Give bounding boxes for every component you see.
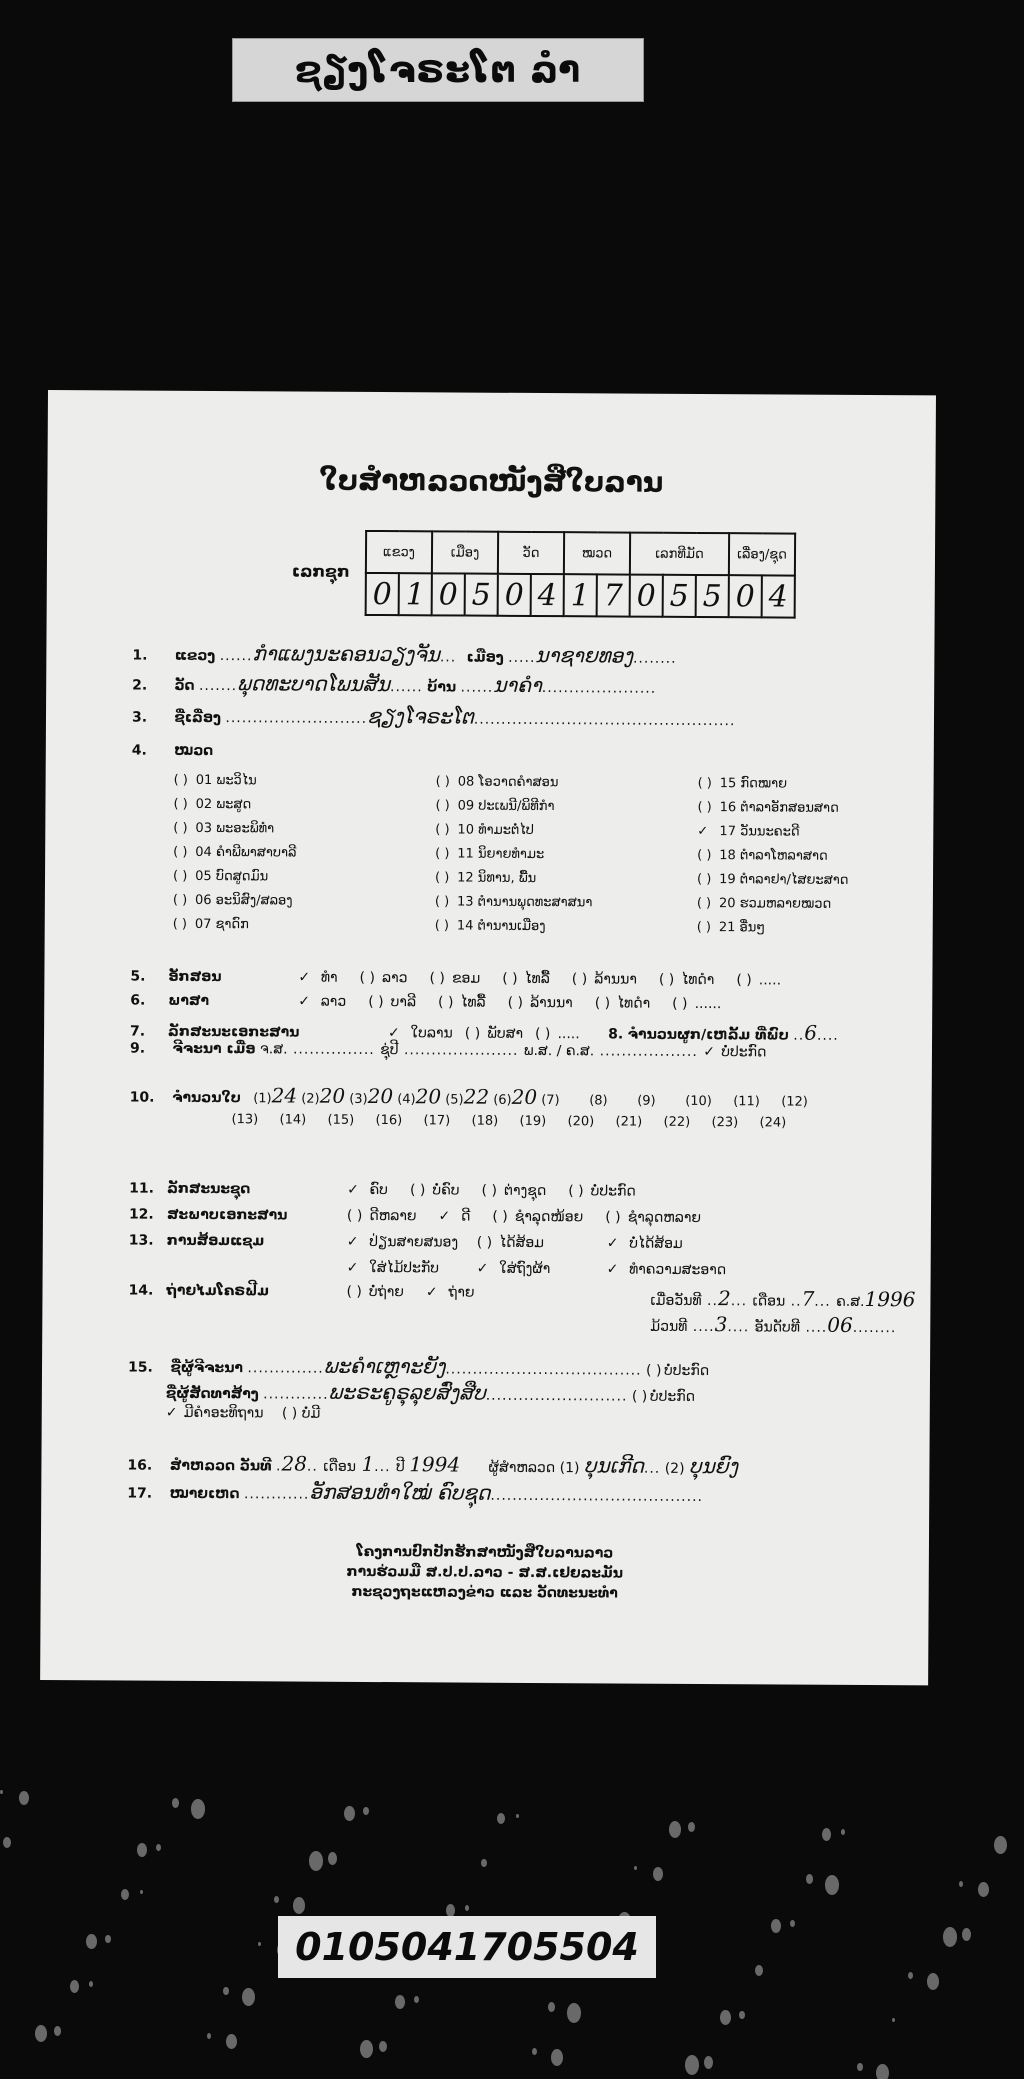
q10-row-2: (13)(14)(15)(16)(17)(18)(19)(20)(21)(22)… xyxy=(232,1111,808,1131)
checkbox[interactable]: ( ) xyxy=(438,994,456,1010)
option[interactable]: ( ) ດີຫລາຍ xyxy=(347,1208,417,1224)
checkbox[interactable]: ( ) xyxy=(174,773,192,788)
page-count-cell: (4)20 xyxy=(397,1084,445,1108)
film-speck xyxy=(551,2049,563,2066)
page-count-cell: (15) xyxy=(327,1113,375,1128)
film-speck xyxy=(3,1837,11,1848)
film-speck xyxy=(739,2011,745,2019)
option[interactable]: ✓ ປ່ຽນສາຍສນອງ xyxy=(347,1234,477,1251)
checkbox[interactable]: ( ) xyxy=(435,846,453,861)
checkbox[interactable]: ( ) xyxy=(477,1235,495,1251)
option-label: ລາວ xyxy=(378,970,408,986)
film-speck xyxy=(959,1881,963,1887)
option[interactable]: ( ) ຕ່າງຊຸດ xyxy=(482,1183,547,1199)
page-index: (22) xyxy=(663,1115,690,1130)
category-list: ( ) 01 ພະວິໄນ( ) 02 ພະສູດ( ) 03 ພະອະພິທຳ… xyxy=(48,390,936,395)
option[interactable]: ( ) ..... xyxy=(736,972,781,988)
checkmark-icon[interactable]: ✓ xyxy=(607,1261,625,1277)
category-label: 13 ຕຳນານພຸດທະສາສນາ xyxy=(453,894,593,910)
film-speck xyxy=(35,2025,47,2042)
option[interactable]: ✓ ໃບລານ xyxy=(388,1025,453,1041)
question-number: 5. xyxy=(130,969,168,985)
category-option[interactable]: ( ) 09 ປະເພນີ/ພິທີກຳ xyxy=(435,798,554,814)
checkbox[interactable]: ( ) xyxy=(572,971,590,987)
film-speck xyxy=(363,1807,369,1815)
film-speck xyxy=(360,2040,373,2058)
q6-row: 6.ພາສາ✓ ລາວ( ) ບາລີ( ) ໄທລື້( ) ລ້ານນາ( … xyxy=(130,993,743,1013)
category-label: 04 ຄຳພີພາສາບາລີ xyxy=(191,845,296,861)
code-digit: 4 xyxy=(762,575,795,617)
checkbox[interactable]: ( ) xyxy=(435,894,453,909)
page-count-cell: (5)22 xyxy=(445,1084,493,1108)
page-index: (17) xyxy=(423,1113,450,1128)
code-digit: 0 xyxy=(366,573,399,615)
film-speck xyxy=(86,1934,97,1949)
page-count-cell: (7) xyxy=(541,1093,589,1108)
film-speck xyxy=(328,1852,337,1865)
checkbox[interactable]: ( ) xyxy=(632,1389,650,1405)
category-label: 05 ບົດສູດມົນ xyxy=(191,869,268,884)
page-index: (3) xyxy=(349,1092,368,1107)
option[interactable]: ( ) ໄທລື້ xyxy=(502,971,550,987)
film-speck xyxy=(892,2018,895,2022)
q17-row: 17. ໝາຍເຫດ ............ອັກສອນທຳໃໝ່ ຄົບຊຸ… xyxy=(127,1479,703,1507)
code-header: ເລື່ອງ/ຊຸດ xyxy=(729,533,795,575)
option-label: ປ່ຽນສາຍສນອງ xyxy=(365,1234,459,1251)
film-speck xyxy=(825,1875,839,1895)
option-label: ໄທດຳ xyxy=(613,995,651,1011)
page-count-cell: (11) xyxy=(733,1094,781,1109)
checkbox[interactable]: ( ) xyxy=(646,1363,664,1379)
film-speck xyxy=(207,2033,211,2039)
q12-row: 12.ສະພາບເອກະສານ( ) ດີຫລາຍ✓ ດີ( ) ຊຳລຸດໜ້… xyxy=(129,1207,723,1227)
option-label: ຕ່າງຊຸດ xyxy=(500,1183,547,1199)
film-speck xyxy=(567,2003,581,2023)
option[interactable]: ✓ ທຳຄວາມສະອາດ xyxy=(607,1261,767,1278)
checkmark-icon[interactable]: ✓ xyxy=(298,994,316,1010)
category-label: 16 ຕຳລາອັກສອນສາດ xyxy=(715,800,838,816)
checkbox[interactable]: ( ) xyxy=(173,893,191,908)
film-speck xyxy=(379,2041,387,2052)
option[interactable]: ( ) ລ້ານນາ xyxy=(572,971,637,987)
page-index: (9) xyxy=(637,1094,656,1109)
page-index: (14) xyxy=(279,1112,306,1127)
option-label: ຊຳລຸດໜ້ອຍ xyxy=(510,1209,583,1225)
page-index: (1) xyxy=(253,1091,272,1106)
category-label: 08 ໂອວາດຄຳສອນ xyxy=(454,774,559,790)
question-label: ລັກສະນະເອກະສານ xyxy=(168,1024,388,1041)
option[interactable]: ( ) ຂອມ xyxy=(429,970,480,986)
category-label: 01 ພະວິໄນ xyxy=(192,773,257,788)
page-count-cell: (22) xyxy=(663,1115,711,1130)
category-label: 18 ຕຳລາໂຫລາສາດ xyxy=(715,848,828,864)
category-label: 19 ຕຳລາຢາ/ໄສຍະສາດ xyxy=(715,872,849,888)
page-index: (13) xyxy=(232,1112,259,1127)
category-option[interactable]: ( ) 04 ຄຳພີພາສາບາລີ xyxy=(173,845,296,861)
option[interactable]: ( ) ບໍ່ປະກົດ xyxy=(568,1183,636,1199)
code-digit: 5 xyxy=(663,575,696,617)
category-label: 14 ຕຳນານເມືອງ xyxy=(453,918,546,934)
film-speck xyxy=(105,1935,111,1943)
question-label: ການສ້ອມແຊມ xyxy=(167,1233,347,1250)
film-speck xyxy=(962,1928,971,1941)
category-label: 10 ທຳມະຕໍ່ໄປ xyxy=(453,822,534,837)
option[interactable]: ✓ ໃສ່ຖົງຜ້າ xyxy=(477,1261,607,1278)
checkmark-icon[interactable]: ✓ xyxy=(347,1234,365,1250)
checkbox[interactable]: ( ) xyxy=(508,995,526,1011)
page-count-cell: (18) xyxy=(471,1114,519,1129)
q10-row: 10. ຈຳນວນໃບ (1)24(2)20(3)20(4)20(5)22(6)… xyxy=(130,1083,830,1111)
film-speck xyxy=(908,1972,913,1979)
q13-row-2: ✓ ໃສ່ໄມ້ປະກັບ✓ ໃສ່ຖົງຜ້າ✓ ທຳຄວາມສະອາດ xyxy=(129,1259,767,1279)
film-speck xyxy=(223,1987,229,1995)
checkbox[interactable]: ( ) xyxy=(410,1182,428,1198)
film-speck xyxy=(89,1981,93,1987)
category-option[interactable]: ( ) 12 ນິທານ, ພື້ນ xyxy=(435,870,536,886)
film-speck xyxy=(258,1942,261,1946)
page-index: (21) xyxy=(615,1114,642,1129)
code-digit: 0 xyxy=(498,574,531,616)
film-speck xyxy=(876,2064,889,2079)
checkbox[interactable]: ( ) xyxy=(173,797,191,812)
category-option[interactable]: ( ) 15 ກົດໝາຍ xyxy=(698,776,788,792)
option[interactable]: ( ) ຊຳລຸດໜ້ອຍ xyxy=(492,1209,583,1226)
option-label: ທຳ xyxy=(316,970,337,986)
page-count-cell: (6)20 xyxy=(493,1085,541,1109)
option-label: ດີ xyxy=(456,1209,470,1225)
film-speck xyxy=(191,1799,205,1819)
checkmark-icon[interactable]: ✓ xyxy=(477,1261,495,1277)
code-header: ແຂວງ xyxy=(366,531,432,573)
option[interactable]: ✓ ຖ່າຍ xyxy=(426,1284,475,1300)
film-speck xyxy=(54,2026,61,2036)
film-speck xyxy=(755,1965,763,1976)
q2-row: 2. ວັດ .......ພຸດທະບາດໂພນສັນ...... ບ້ານ … xyxy=(132,671,656,698)
page-count-value: 24 xyxy=(272,1083,298,1107)
checkbox[interactable]: ( ) xyxy=(502,971,520,987)
film-speck xyxy=(140,1890,143,1894)
option[interactable]: ✓ ໃສ່ໄມ້ປະກັບ xyxy=(347,1260,477,1277)
checkbox[interactable]: ( ) xyxy=(435,798,453,813)
district-value: ນາຊາຍທອງ xyxy=(535,643,633,668)
page-count-cell: (16) xyxy=(375,1113,423,1128)
category-label: 07 ຊາດົກ xyxy=(191,917,249,932)
question-number: 13. xyxy=(129,1233,167,1249)
checkmark-icon[interactable]: ✓ xyxy=(697,824,715,839)
option-label: ດີຫລາຍ xyxy=(365,1208,417,1224)
page-index: (23) xyxy=(711,1115,738,1130)
film-title-label: ຊຽງໂຈຣະໂຕ ລຳ xyxy=(232,38,644,102)
page-count-cell: (13) xyxy=(232,1112,280,1127)
option-label: ໄທລື້ xyxy=(520,971,550,987)
checkbox[interactable]: ( ) xyxy=(697,800,715,815)
checkbox[interactable]: ( ) xyxy=(659,972,677,988)
checkbox[interactable]: ( ) xyxy=(697,848,715,863)
q15-sponsor-row: ຊື່ຜູ້ສັດທາສ້າງ ............ພະຣະຄູຣຸລຸຍສ… xyxy=(166,1379,695,1406)
code-header: ໝວດ xyxy=(564,532,630,574)
category-option[interactable]: ( ) 13 ຕຳນານພຸດທະສາສນາ xyxy=(435,894,593,910)
category-label: 03 ພະອະພິທຳ xyxy=(191,821,274,837)
code-header: ເມືອງ xyxy=(432,531,498,573)
category-option[interactable]: ( ) 03 ພະອະພິທຳ xyxy=(173,821,274,837)
checkmark-icon[interactable]: ✓ xyxy=(388,1025,406,1041)
checkbox[interactable]: ( ) xyxy=(697,920,715,935)
checkbox[interactable]: ( ) xyxy=(595,995,613,1011)
film-speck xyxy=(634,1866,637,1870)
page-count-cell: (9) xyxy=(637,1094,685,1109)
category-label: 12 ນິທານ, ພື້ນ xyxy=(453,870,536,886)
page-index: (18) xyxy=(471,1114,498,1129)
checkbox[interactable]: ( ) xyxy=(672,996,690,1012)
option-label: ພັບສາ xyxy=(483,1026,523,1042)
film-speck xyxy=(446,1904,455,1917)
checkbox[interactable]: ( ) xyxy=(173,821,191,836)
option-label: ບໍ່ໄດ້ສ້ອມ xyxy=(625,1236,683,1252)
checkbox[interactable]: ( ) xyxy=(360,970,378,986)
option[interactable]: ( ) ໄທດຳ xyxy=(659,972,715,988)
category-option[interactable]: ( ) 14 ຕຳນານເມືອງ xyxy=(435,918,546,934)
checkbox[interactable]: ( ) xyxy=(429,970,447,986)
province-value: ກຳແພງນະຄອນວຽງຈັນ xyxy=(252,641,440,666)
category-label: 20 ຮວມຫລາຍໝວດ xyxy=(715,896,831,912)
page-index: (16) xyxy=(375,1113,402,1128)
checkbox[interactable]: ( ) xyxy=(435,870,453,885)
film-speck xyxy=(395,1995,405,2009)
checkbox[interactable]: ( ) xyxy=(605,1209,623,1225)
checkmark-icon[interactable]: ✓ xyxy=(347,1260,365,1276)
checkbox[interactable]: ( ) xyxy=(282,1405,297,1421)
option[interactable]: ( ) ..... xyxy=(535,1026,580,1042)
page-index: (2) xyxy=(301,1092,320,1107)
category-label: 02 ພະສູດ xyxy=(191,797,251,812)
category-option[interactable]: ( ) 11 ນິຍາຍທຳມະ xyxy=(435,846,544,862)
film-speck xyxy=(822,1828,831,1841)
film-speck xyxy=(497,1813,505,1824)
film-speck xyxy=(857,2063,863,2071)
checkbox[interactable]: ( ) xyxy=(736,972,754,988)
checkmark-icon[interactable]: ✓ xyxy=(607,1235,625,1251)
option-label: ລາວ xyxy=(316,994,346,1010)
form-title: ໃບສຳຫລວດໜັງສືໃບລານ xyxy=(47,462,935,500)
film-speck xyxy=(532,2048,537,2055)
option[interactable]: ( ) ລ້ານນາ xyxy=(508,995,573,1011)
checkmark-icon[interactable]: ✓ xyxy=(426,1284,444,1300)
remarks-value: ອັກສອນທຳໃໝ່ ຄົບຊຸດ xyxy=(309,1480,490,1505)
film-speck xyxy=(516,1814,519,1818)
question-number: 14. xyxy=(128,1283,166,1299)
option[interactable]: ( ) ໄທລື້ xyxy=(438,994,486,1010)
microfilm-date: ເມື່ອວັນທີ ..2... ເດືອນ ..7... ຄ.ສ.1996 xyxy=(650,1286,915,1312)
code-label: ເລກຊຸກ xyxy=(292,561,350,580)
page-count-cell: (20) xyxy=(567,1114,615,1129)
checkbox[interactable]: ( ) xyxy=(347,1208,365,1224)
page-count-value: 22 xyxy=(464,1085,490,1109)
question-label: ຖ່າຍໄມໂຄຣຟີມ xyxy=(166,1283,346,1300)
checkbox[interactable]: ( ) xyxy=(697,872,715,887)
option-label: ບໍ່ຄົບ xyxy=(428,1182,460,1198)
option-label: ໃສ່ຖົງຜ້າ xyxy=(495,1261,551,1277)
checkmark-icon[interactable]: ✓ xyxy=(347,1182,365,1198)
page-count-cell: (14) xyxy=(279,1112,327,1127)
checkmark-icon[interactable]: ✓ xyxy=(166,1405,184,1421)
category-option[interactable]: ( ) 01 ພະວິໄນ xyxy=(174,773,257,789)
option[interactable]: ( ) ໄດ້ສ້ອມ xyxy=(477,1235,607,1252)
checkmark-icon[interactable]: ✓ xyxy=(438,1208,456,1224)
question-label: ລັກສະນະຊຸດ xyxy=(167,1181,347,1198)
category-option[interactable]: ( ) 05 ບົດສູດມົນ xyxy=(173,869,268,885)
category-label: 11 ນິຍາຍທຳມະ xyxy=(453,846,544,862)
code-digit: 4 xyxy=(531,574,564,616)
film-speck xyxy=(293,1897,305,1914)
question-label: ສະພາບເອກະສານ xyxy=(167,1207,347,1224)
checkbox[interactable]: ( ) xyxy=(492,1209,510,1225)
checkbox[interactable]: ( ) xyxy=(435,918,453,933)
spacer xyxy=(129,1271,347,1272)
option-label: ໄທລື້ xyxy=(456,995,486,1011)
page-index: (8) xyxy=(589,1093,608,1108)
page-index: (11) xyxy=(733,1094,760,1109)
option-label: ລ້ານນາ xyxy=(590,971,637,987)
checkbox[interactable]: ( ) xyxy=(173,869,191,884)
page-count-cell: (10) xyxy=(685,1094,733,1109)
film-speck xyxy=(994,1836,1007,1854)
checkmark-icon[interactable]: ✓ xyxy=(298,970,316,986)
option-label: ຄົບ xyxy=(365,1182,388,1198)
category-option[interactable]: ( ) 10 ທຳມະຕໍ່ໄປ xyxy=(435,822,534,838)
checkbox[interactable]: ( ) xyxy=(173,917,191,932)
category-option[interactable]: ( ) 20 ຮວມຫລາຍໝວດ xyxy=(697,896,831,912)
page-count-cell: (3)20 xyxy=(349,1084,397,1108)
film-speck xyxy=(70,1980,79,1993)
scribe-value: ພະຄຳເຫຼາະຍັງ xyxy=(324,1354,446,1379)
code-digit: 0 xyxy=(432,573,465,615)
code-header: ເລກທີມັດ xyxy=(630,533,729,576)
option[interactable]: ( ) ບາລີ xyxy=(368,994,416,1010)
question-label: ອັກສອນ xyxy=(168,969,298,986)
option-label: ...... xyxy=(690,996,721,1012)
page-index: (20) xyxy=(567,1114,594,1129)
option[interactable]: ( ) ພັບສາ xyxy=(465,1026,523,1042)
checkbox[interactable]: ( ) xyxy=(436,774,454,789)
page-count-cell: (21) xyxy=(615,1114,663,1129)
category-option[interactable]: ( ) 02 ພະສູດ xyxy=(173,797,251,812)
option[interactable]: ✓ ບໍ່ໄດ້ສ້ອມ xyxy=(607,1235,767,1252)
code-digit: 1 xyxy=(564,574,597,616)
film-speck xyxy=(685,2055,699,2075)
film-speck xyxy=(806,1874,813,1884)
page-index: (10) xyxy=(685,1094,712,1109)
page-index: (4) xyxy=(397,1092,416,1107)
q13-row: 13.ການສ້ອມແຊມ✓ ປ່ຽນສາຍສນອງ( ) ໄດ້ສ້ອມ✓ ບ… xyxy=(129,1233,767,1253)
category-option[interactable]: ( ) 21 ອື່ນໆ xyxy=(697,920,765,935)
category-option[interactable]: ( ) 06 ອະນິສົງ/ສລອງ xyxy=(173,893,293,909)
film-id-label: 0105041705504 xyxy=(278,1916,656,1978)
page-index: (5) xyxy=(445,1092,464,1107)
code-digit: 0 xyxy=(630,575,663,617)
option[interactable]: ✓ ດີ xyxy=(438,1208,470,1224)
page-count-cell: (12) xyxy=(781,1094,829,1109)
page-count-cell: (1)24 xyxy=(253,1083,301,1107)
page-count-cell: (24) xyxy=(759,1115,807,1130)
film-speck xyxy=(704,2056,713,2069)
option-label: ຊຳລຸດຫລາຍ xyxy=(623,1210,701,1226)
film-speck xyxy=(943,1927,957,1947)
page-index: (12) xyxy=(781,1094,808,1109)
checkbox[interactable]: ( ) xyxy=(535,1026,553,1042)
category-label: 15 ກົດໝາຍ xyxy=(716,776,788,791)
page-count-cell: (2)20 xyxy=(301,1084,349,1108)
page-count-value: 20 xyxy=(320,1084,346,1108)
category-option[interactable]: ( ) 16 ຕຳລາອັກສອນສາດ xyxy=(697,800,838,816)
checkbox[interactable]: ( ) xyxy=(435,822,453,837)
page-index: (7) xyxy=(541,1093,560,1108)
option[interactable]: ( ) ບໍ່ຄົບ xyxy=(410,1182,460,1198)
option[interactable]: ✓ ລາວ xyxy=(298,994,346,1010)
checkbox[interactable]: ( ) xyxy=(697,896,715,911)
option[interactable]: ✓ ຄົບ xyxy=(347,1182,388,1198)
checkbox[interactable]: ( ) xyxy=(568,1183,586,1199)
checkbox[interactable]: ( ) xyxy=(698,776,716,791)
film-speck xyxy=(414,1996,419,2003)
checkmark-icon[interactable]: ✓ xyxy=(703,1044,721,1060)
film-speck xyxy=(344,1806,355,1821)
film-speck xyxy=(19,1791,29,1805)
option[interactable]: ( ) ລາວ xyxy=(360,970,408,986)
checkbox[interactable]: ( ) xyxy=(482,1183,500,1199)
film-speck xyxy=(156,1844,161,1851)
category-option[interactable]: ( ) 18 ຕຳລາໂຫລາສາດ xyxy=(697,848,828,864)
option[interactable]: ( ) ບໍ່ຖ່າຍ xyxy=(346,1284,404,1300)
checkbox[interactable]: ( ) xyxy=(368,994,386,1010)
checkbox[interactable]: ( ) xyxy=(173,845,191,860)
option-label: ບາລີ xyxy=(386,994,416,1010)
option[interactable]: ✓ ທຳ xyxy=(298,970,337,986)
option-label: ບໍ່ຖ່າຍ xyxy=(364,1284,404,1300)
option-label: ລ້ານນາ xyxy=(526,995,573,1011)
category-option[interactable]: ( ) 08 ໂອວາດຄຳສອນ xyxy=(436,774,559,790)
option[interactable]: ( ) ...... xyxy=(672,996,721,1012)
category-option[interactable]: ( ) 07 ຊາດົກ xyxy=(173,917,249,932)
option[interactable]: ( ) ໄທດຳ xyxy=(595,995,651,1011)
q1-row: 1. ແຂວງ ......ກຳແພງນະຄອນວຽງຈັນ... ເມືອງ … xyxy=(132,641,676,668)
option-label: ໄທດຳ xyxy=(677,972,715,988)
film-speck xyxy=(0,1790,3,1794)
option-label: ..... xyxy=(754,972,781,988)
question-number: 6. xyxy=(130,993,168,1009)
temple-value: ພຸດທະບາດໂພນສັນ xyxy=(237,671,390,696)
option-label: ໃສ່ໄມ້ປະກັບ xyxy=(365,1260,440,1276)
checkbox[interactable]: ( ) xyxy=(346,1284,364,1300)
q15-row: 15. ຊື່ຜູ້ຈີຈະນາ ..............ພະຄຳເຫຼາະ… xyxy=(128,1353,709,1381)
page-index: (24) xyxy=(759,1115,786,1130)
option[interactable]: ( ) ຊຳລຸດຫລາຍ xyxy=(605,1209,701,1226)
film-speck xyxy=(226,2034,237,2049)
category-option[interactable]: ✓ 17 ວັນນະຄະດີ xyxy=(697,824,799,840)
checkbox[interactable]: ( ) xyxy=(465,1026,483,1042)
option-label: ທຳຄວາມສະອາດ xyxy=(625,1262,727,1279)
page-count-cell: (19) xyxy=(519,1114,567,1129)
category-option[interactable]: ( ) 19 ຕຳລາຢາ/ໄສຍະສາດ xyxy=(697,872,849,888)
film-speck xyxy=(790,1920,795,1927)
film-speck xyxy=(978,1882,989,1897)
film-speck xyxy=(274,1896,279,1903)
q14-row: 14.ຖ່າຍໄມໂຄຣຟີມ( ) ບໍ່ຖ່າຍ✓ ຖ່າຍ xyxy=(128,1283,496,1301)
option-label: ບໍ່ປະກົດ xyxy=(586,1183,636,1199)
code-digit: 1 xyxy=(399,573,432,615)
sponsor-value: ພະຣະຄູຣຸລຸຍສົ່ງສືບ xyxy=(329,1380,486,1405)
page-count-value: 20 xyxy=(416,1084,442,1108)
film-speck xyxy=(669,1821,681,1838)
